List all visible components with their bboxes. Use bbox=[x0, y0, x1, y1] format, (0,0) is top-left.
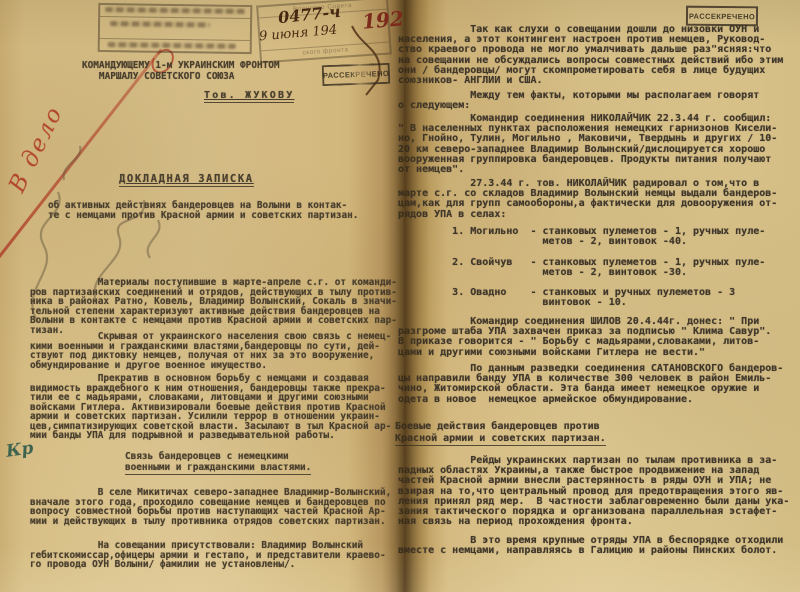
page-number-handwritten: 192 bbox=[361, 6, 405, 34]
paragraph-shilov: Командир соединения ШИЛОВ 20.4.44г. доне… bbox=[398, 317, 771, 358]
section-heading-liaison-underlined: военными и гражданскими властями. bbox=[125, 463, 311, 475]
paragraph-raids: Рейды украинских партизан по тылам проти… bbox=[398, 456, 789, 527]
paragraph-nikolaychik-report: Командир соединения НИКОЛАЙЧИК 22.3.44 г… bbox=[398, 114, 777, 175]
paragraph-concealment: Скрывая от украинского населения свою св… bbox=[30, 332, 391, 370]
registration-stamp-left bbox=[98, 3, 253, 54]
paragraph-mikitichi: В селе Микитичах северо-западнее Владими… bbox=[30, 488, 391, 526]
paragraph-ceased-fight: Прекратив в основном борьбу с немцами и … bbox=[30, 374, 391, 441]
stamp-illegible-text bbox=[110, 21, 210, 27]
stamp-illegible-text bbox=[108, 42, 236, 49]
paragraph-attendees: На совещании присутствовали: Владимир Во… bbox=[30, 541, 386, 570]
declassified-stamp-right: РАССЕКРЕЧЕНО bbox=[686, 6, 758, 27]
paragraph-facts-intro: Между тем факты, которыми мы располагаем… bbox=[398, 91, 759, 111]
weapons-list: 1. Могильно - станковых пулеметов - 1, р… bbox=[398, 227, 765, 309]
section-heading-actions-underlined: Красной армии и советских партизан. bbox=[395, 434, 606, 446]
addressee-block: КОМАНДУЮЩЕМУ 1-м УКРАИНСКИМ ФРОНТОМ МАРШ… bbox=[82, 60, 280, 82]
report-subtitle: об активных действиях бандеровцев на Вол… bbox=[48, 201, 358, 220]
green-pencil-mark: Кр bbox=[5, 438, 35, 462]
section-heading-liaison: Связь бандеровцев с немецкими bbox=[125, 452, 289, 462]
paragraph-materials: Материалы поступившие в марте-апреле с.г… bbox=[30, 278, 397, 335]
salute-line: Тов. ЖУКОВУ bbox=[204, 91, 294, 103]
paragraph-rumors: Так как слухи о совещании дошли до низов… bbox=[398, 25, 783, 86]
report-title: ДОКЛАДНАЯ ЗАПИСКА bbox=[119, 175, 254, 187]
declassified-stamp-left: РАССЕКРЕЧЕНО bbox=[322, 63, 391, 86]
paragraph-retreat: В это время крупные отряды УПА в беспоря… bbox=[398, 536, 783, 556]
paragraph-nikolaychik-radio: 27.3.44 г. тов. НИКОЛАЙЧИК радировал о т… bbox=[398, 179, 777, 220]
paragraph-satanovsky: По данным разведки соединения САТАНОВСКО… bbox=[398, 364, 783, 405]
stamp-illegible-text bbox=[105, 7, 245, 14]
archival-document-photo: Военного Совета ского фронта 0477-ч 9 ию… bbox=[0, 0, 800, 592]
section-heading-actions: Боевые действия бандеровцев против bbox=[395, 422, 600, 432]
